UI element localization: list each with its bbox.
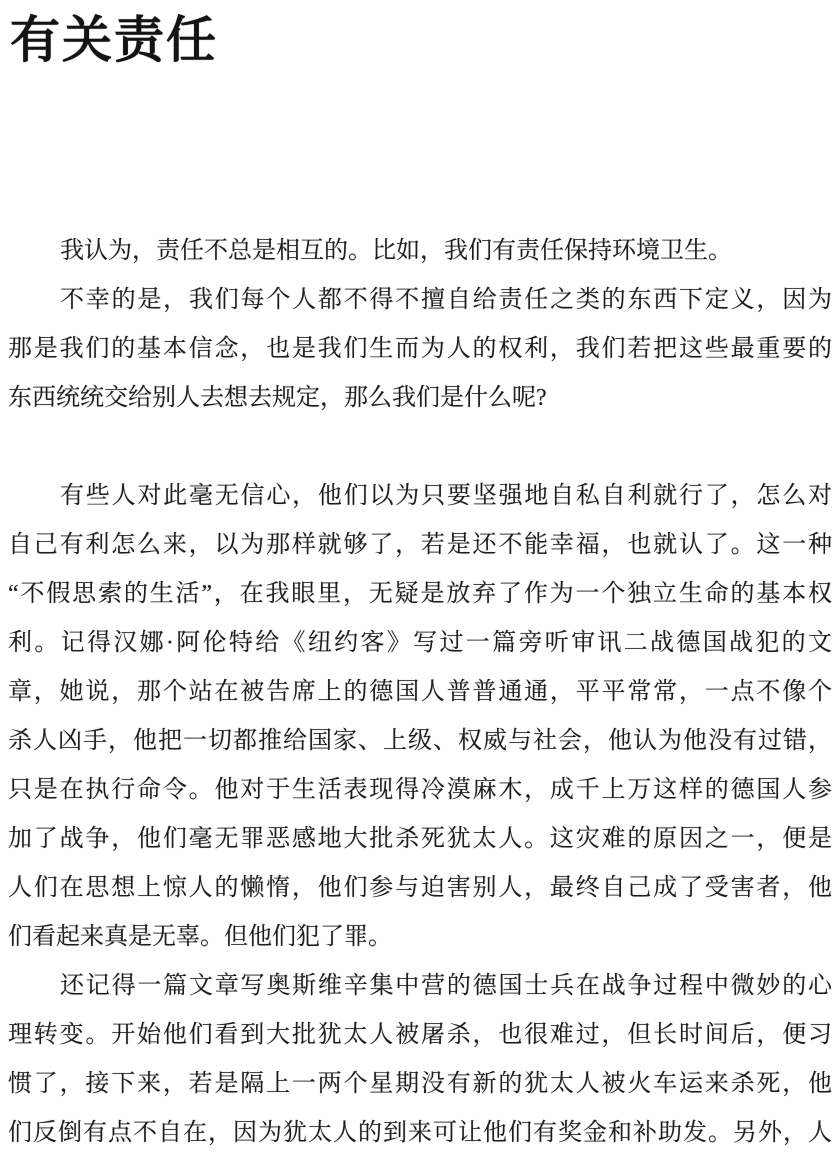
paragraph: 还记得一篇文章写奥斯维辛集中营的德国士兵在战争过程中微妙的心理转变。开始他们看到…: [8, 962, 832, 1158]
text-line: 自己有利怎么来，以为那样就够了，若是还不能幸福，也就认了。这一种: [8, 521, 832, 570]
text-line: 们看起来真是无辜。但他们犯了罪。: [8, 913, 832, 962]
text-line: 我认为，责任不总是相互的。比如，我们有责任保持环境卫生。: [8, 227, 832, 276]
text-line: 有些人对此毫无信心，他们以为只要坚强地自私自利就行了，怎么对: [8, 472, 832, 521]
text-line: 加了战争，他们毫无罪恶感地大批杀死犹太人。这灾难的原因之一，便是: [8, 815, 832, 864]
text-line: “不假思索的生活”，在我眼里，无疑是放弃了作为一个独立生命的基本权: [8, 570, 832, 619]
book-page: 有关责任 我认为，责任不总是相互的。比如，我们有责任保持环境卫生。不幸的是，我们…: [0, 0, 838, 1166]
text-line: 东西统统交给别人去想去规定，那么我们是什么呢?: [8, 374, 832, 423]
body-text: 我认为，责任不总是相互的。比如，我们有责任保持环境卫生。不幸的是，我们每个人都不…: [8, 227, 832, 1158]
text-line: 理转变。开始他们看到大批犹太人被屠杀，也很难过，但长时间后，便习: [8, 1011, 832, 1060]
paragraph: 我认为，责任不总是相互的。比如，我们有责任保持环境卫生。: [8, 227, 832, 276]
text-line: 不幸的是，我们每个人都不得不擅自给责任之类的东西下定义，因为: [8, 276, 832, 325]
text-line: 章，她说，那个站在被告席上的德国人普普通通，平平常常，一点不像个: [8, 668, 832, 717]
paragraph: 有些人对此毫无信心，他们以为只要坚强地自私自利就行了，怎么对自己有利怎么来，以为…: [8, 472, 832, 962]
text-line: 们反倒有点不自在，因为犹太人的到来可让他们有奖金和补助发。另外，人: [8, 1109, 832, 1158]
text-line: 人们在思想上惊人的懒惰，他们参与迫害别人，最终自己成了受害者，他: [8, 864, 832, 913]
text-line: 只是在执行命令。他对于生活表现得冷漠麻木，成千上万这样的德国人参: [8, 766, 832, 815]
text-line: 利。记得汉娜·阿伦特给《纽约客》写过一篇旁听审讯二战德国战犯的文: [8, 619, 832, 668]
page-title: 有关责任: [10, 4, 218, 76]
text-line: 那是我们的基本信念，也是我们生而为人的权利，我们若把这些最重要的: [8, 325, 832, 374]
text-line: 还记得一篇文章写奥斯维辛集中营的德国士兵在战争过程中微妙的心: [8, 962, 832, 1011]
text-line: 惯了，接下来，若是隔上一两个星期没有新的犹太人被火车运来杀死，他: [8, 1060, 832, 1109]
paragraph: 不幸的是，我们每个人都不得不擅自给责任之类的东西下定义，因为那是我们的基本信念，…: [8, 276, 832, 423]
text-line: 杀人凶手，他把一切都推给国家、上级、权威与社会，他认为他没有过错，: [8, 717, 832, 766]
